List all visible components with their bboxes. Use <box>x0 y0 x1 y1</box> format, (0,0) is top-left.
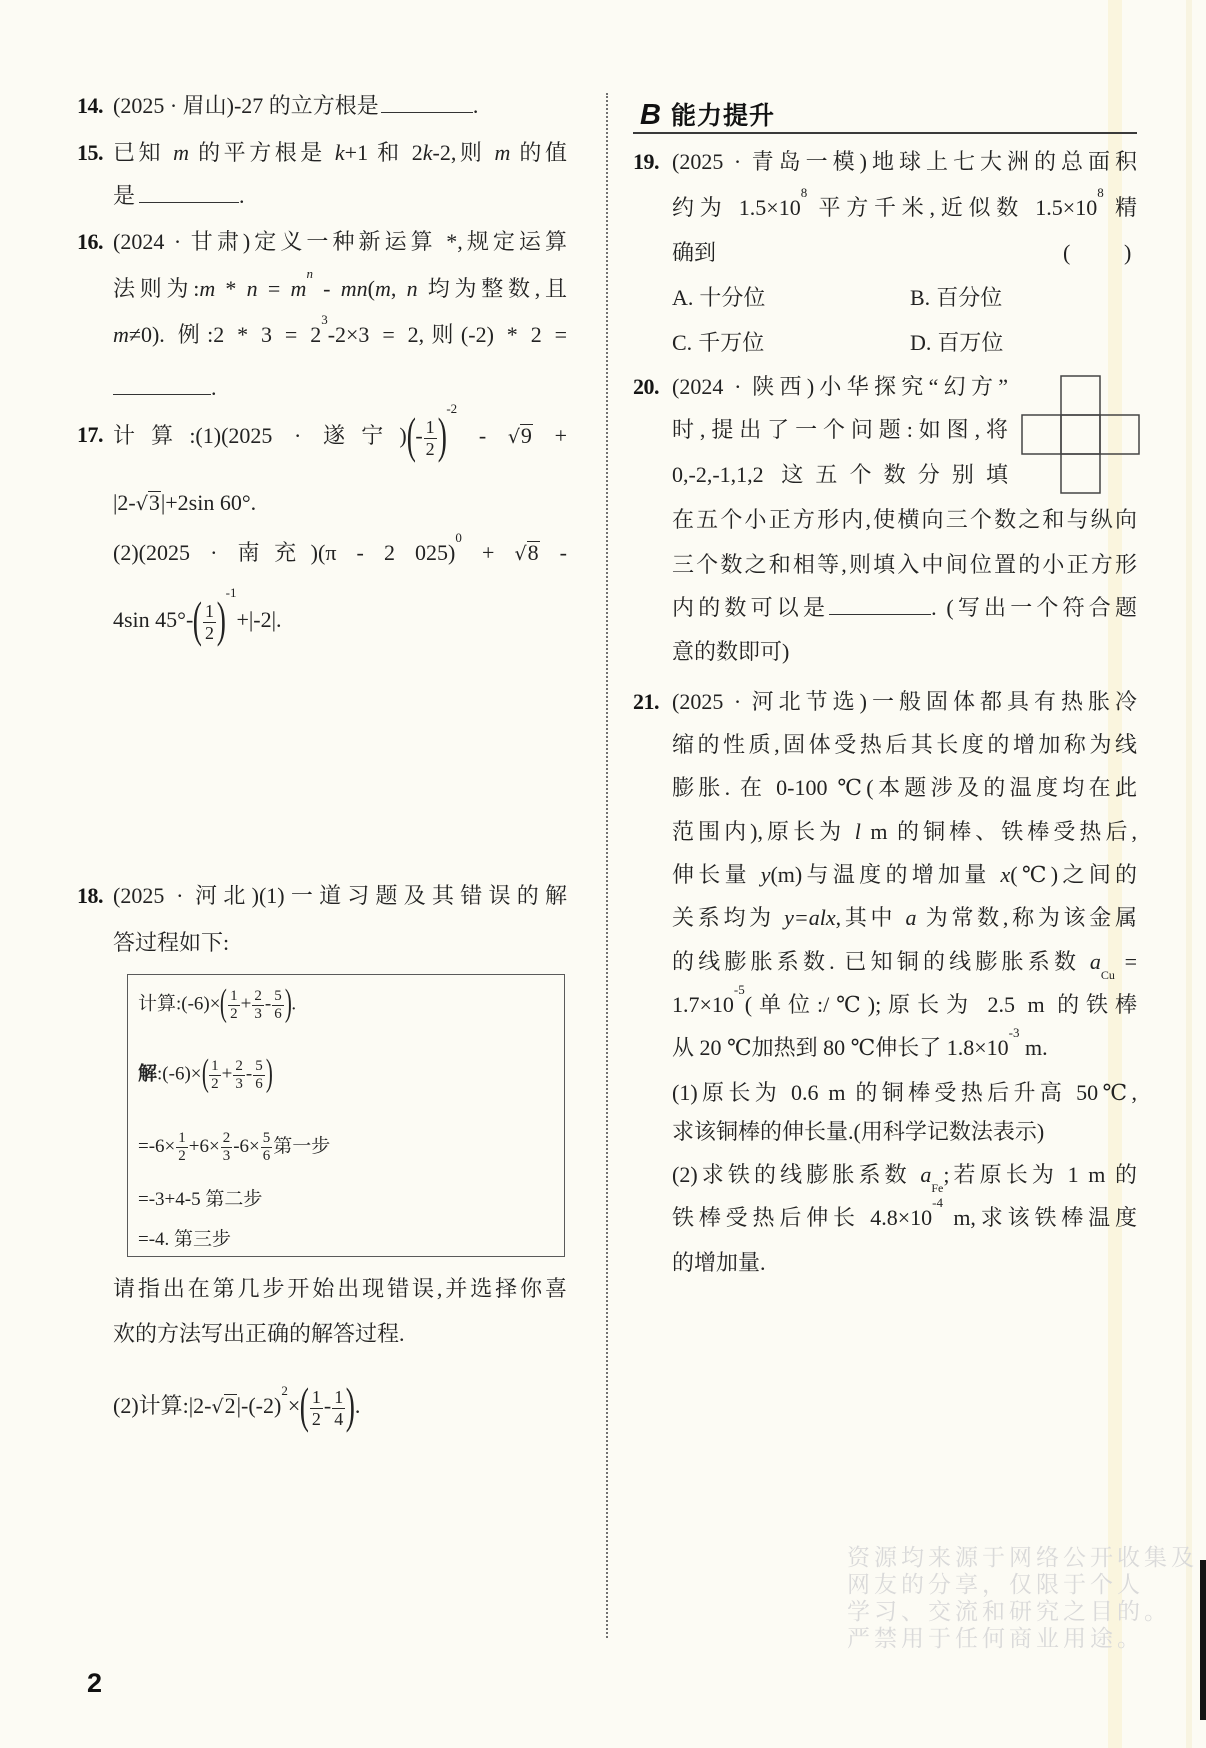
question-line: 范围内),原长为 l m 的铜棒、铁棒受热后, <box>672 817 1137 847</box>
numerator: 2 <box>252 988 264 1005</box>
exponent: 8 <box>1097 185 1104 200</box>
text-run: 已知 <box>113 140 173 165</box>
fraction: 56 <box>272 988 284 1023</box>
question-line: m≠0). 例:2 * 3 = 23-2×3 = 2,则(-2) * 2 = <box>113 320 567 350</box>
variable: m <box>173 140 189 165</box>
formula: y=alx <box>784 905 836 930</box>
text-run: |2- <box>113 490 136 515</box>
variable: n <box>407 276 418 301</box>
fraction: 23 <box>233 1058 245 1093</box>
text-run: =-3+4-5 <box>138 1189 205 1210</box>
step-label: 第一步 <box>273 1136 330 1157</box>
numerator: 1 <box>332 1387 345 1408</box>
variable: m <box>494 140 510 165</box>
question-line: (2025 · 河北)(1)一道习题及其错误的解 <box>113 881 567 911</box>
text-run: × <box>288 1393 300 1418</box>
text-run: 均为整数,且 <box>418 276 567 301</box>
section-letter: B <box>640 99 661 131</box>
question-number: 14. <box>77 91 103 121</box>
denominator: 3 <box>233 1075 245 1093</box>
question-number: 18. <box>77 881 103 911</box>
denominator: 2 <box>310 1408 323 1430</box>
question-line: 三个数之和相等,则填入中间位置的小正方形 <box>672 550 1137 580</box>
exponent: -2 <box>446 401 457 416</box>
step-label: 第二步 <box>205 1189 262 1210</box>
figure-cell-bottom[interactable] <box>1061 454 1100 493</box>
left-paren: ( <box>201 1054 208 1092</box>
text-run: 为常数,称为该金属 <box>917 905 1137 930</box>
text-run: ,其中 <box>836 905 906 930</box>
denominator: 3 <box>221 1147 233 1165</box>
text-run: =-4. <box>138 1229 174 1250</box>
question-line: 从 20 ℃加热到 80 ℃伸长了 1.8×10-3 m. <box>672 1033 1048 1063</box>
exponent: 2 <box>281 1383 288 1398</box>
exponent: 3 <box>321 312 328 327</box>
question-line: 的线膨胀系数. 已知铜的线膨胀系数 aCu = <box>672 947 1137 977</box>
denominator: 2 <box>203 622 216 644</box>
fraction: 23 <box>252 988 264 1023</box>
numerator: 1 <box>176 1130 188 1147</box>
question-line: (2)计算:|2-√2|-(-2)2×(12-14). <box>113 1384 360 1432</box>
question-line: (2024 · 甘肃)定义一种新运算 *,规定运算 <box>113 227 567 257</box>
question-line: (2025 · 河北节选)一般固体都具有热胀冷 <box>672 687 1137 717</box>
question-number: 20. <box>633 372 659 402</box>
variable: n <box>247 276 258 301</box>
fraction: 12 <box>203 601 216 644</box>
square-root: √3 <box>136 490 161 515</box>
question-number: 15. <box>77 138 103 168</box>
text-run: . <box>239 183 245 208</box>
text-run: - <box>457 423 508 448</box>
fraction: 14 <box>332 1387 345 1430</box>
text-run: 铁棒受热后伸长 4.8×10 <box>672 1205 932 1230</box>
text-run: = <box>258 276 291 301</box>
box-row-step-3: =-4. 第三步 <box>138 1227 231 1253</box>
option-text: 百分位 <box>936 285 1002 310</box>
text-run: ≠0). 例:2 * 3 = 2 <box>129 322 321 347</box>
question-line: 意的数即可) <box>672 637 789 667</box>
operator: + <box>222 1063 233 1084</box>
fraction: 12 <box>424 417 437 460</box>
question-line: 请指出在第几步开始出现错误,并选择你喜 <box>113 1274 567 1304</box>
question-line: 计算:(1)(2025 · 遂宁)(-12)-2 - √9 + <box>113 414 567 462</box>
text-run: + <box>462 540 515 565</box>
fraction: 12 <box>228 988 240 1023</box>
operator: - <box>324 1393 331 1418</box>
option-b[interactable]: B.百分位 <box>910 283 1002 313</box>
question-line: 膨胀. 在 0-100 ℃(本题涉及的温度均在此 <box>672 773 1137 803</box>
text-run: m. <box>1019 1035 1047 1060</box>
text-run: (单位:/℃);原长为 2.5 m 的铁棒 <box>745 992 1137 1017</box>
numerator: 5 <box>261 1130 273 1147</box>
radical-sign: √ <box>136 493 148 515</box>
question-line: 是. <box>113 181 245 211</box>
question-line: |2-√3|+2sin 60°. <box>113 488 256 519</box>
numerator: 1 <box>203 601 216 622</box>
numerator: 1 <box>228 988 240 1005</box>
page-number: 2 <box>87 1668 102 1698</box>
answer-blank[interactable] <box>113 381 211 395</box>
denominator: 2 <box>424 438 437 460</box>
variable: mn <box>341 276 368 301</box>
text-run: -2,则 <box>433 140 495 165</box>
magic-cross-figure <box>1020 374 1142 498</box>
scan-edge-bar <box>1200 1560 1206 1720</box>
variable: m <box>291 276 307 301</box>
text-run: 的值 <box>510 140 567 165</box>
box-row-solution: 解:(-6)×(12+23-56) <box>138 1056 272 1094</box>
square-root: √8 <box>514 540 539 565</box>
variable: m <box>199 276 215 301</box>
question-line: 伸长量 y(m)与温度的增加量 x(℃)之间的 <box>672 860 1137 890</box>
answer-bracket-open[interactable]: ( <box>1063 238 1070 268</box>
section-heading: B能力提升 <box>640 100 775 135</box>
fraction: 56 <box>253 1058 265 1093</box>
box-row-step-1: =-6×12+6×23-6×56第一步 <box>138 1130 330 1165</box>
question-line: 答过程如下: <box>113 928 229 958</box>
exponent: 8 <box>801 185 808 200</box>
option-a[interactable]: A.十分位 <box>672 283 765 313</box>
question-number: 21. <box>633 687 659 717</box>
text-run: 是 <box>113 183 135 208</box>
section-title: 能力提升 <box>671 102 775 130</box>
radicand: 9 <box>520 424 533 446</box>
left-paren: ( <box>406 411 415 459</box>
subscript: Cu <box>1101 968 1115 982</box>
radical-sign: √ <box>508 426 520 448</box>
variable: a <box>906 905 917 930</box>
numerator: 2 <box>233 1058 245 1075</box>
radicand: 2 <box>224 1394 237 1416</box>
text-run: . <box>211 375 217 400</box>
denominator: 2 <box>176 1147 188 1165</box>
question-line: 求该铜棒的伸长量.(用科学记数法表示) <box>672 1117 1044 1147</box>
fraction: 23 <box>221 1130 233 1165</box>
text-run: 的平方根是 <box>189 140 335 165</box>
question-line: . <box>113 373 217 403</box>
variable: a <box>920 1162 931 1187</box>
numerator: 2 <box>221 1130 233 1147</box>
right-paren: ) <box>285 984 292 1022</box>
solution-label: 解 <box>138 1063 157 1084</box>
question-line: 4sin 45°-(12)-1+|-2|. <box>113 598 282 646</box>
question-line: 法则为:m * n = mn - mn(m, n 均为整数,且 <box>113 274 567 304</box>
answer-blank[interactable] <box>139 189 239 203</box>
right-paren: ) <box>346 1381 355 1429</box>
text-run: m,求该铁棒温度 <box>943 1205 1137 1230</box>
text-run: 精 <box>1104 195 1137 220</box>
numerator: 5 <box>272 988 284 1005</box>
left-paren: ( <box>300 1381 309 1429</box>
text-run: 1.7×10 <box>672 992 734 1017</box>
text-run: ( <box>368 276 375 301</box>
text-run: 法则为: <box>113 276 199 301</box>
right-paren: ) <box>437 411 446 459</box>
question-line: (1)原长为 0.6 m 的铜棒受热后升高 50℃, <box>672 1078 1137 1108</box>
question-line: 0,-2,-1,1,2 这五个数分别填 <box>672 460 1008 490</box>
text-run: +1 和 2 <box>345 140 423 165</box>
question-line: 已知 m 的平方根是 k+1 和 2k-2,则 m 的值 <box>113 138 567 168</box>
operator: - <box>265 993 271 1014</box>
exponent: -4 <box>932 1195 943 1210</box>
question-line: 在五个小正方形内,使横向三个数之和与纵向 <box>672 505 1137 535</box>
right-paren: ) <box>217 595 226 643</box>
text-run: (2)(2025 · 南充)(π - 2 025) <box>113 540 455 565</box>
text-run: + <box>533 423 567 448</box>
option-key: D. <box>910 330 931 355</box>
figure-cell-top[interactable] <box>1061 376 1100 415</box>
option-text: 十分位 <box>699 285 765 310</box>
watermark-line: 资源均来源于网络公开收集及 <box>847 1544 1198 1571</box>
question-line: (2025 · 青岛一模)地球上七大洲的总面积 <box>672 147 1137 177</box>
text-run: , <box>391 276 407 301</box>
exponent: -5 <box>734 982 745 997</box>
question-line: 欢的方法写出正确的解答过程. <box>113 1319 405 1349</box>
radical-sign: √ <box>212 1396 224 1418</box>
text-run: 伸长量 <box>672 862 761 887</box>
text-run: * <box>215 276 246 301</box>
question-line: (2025 · 眉山)-27 的立方根是. <box>113 91 478 121</box>
option-d[interactable]: D.百万位 <box>910 328 1003 358</box>
watermark-line: 严禁用于任何商业用途。 <box>847 1625 1198 1652</box>
figure-cell-center[interactable] <box>1061 415 1100 454</box>
denominator: 6 <box>272 1005 284 1023</box>
text-run: +6× <box>189 1136 220 1157</box>
answer-blank[interactable] <box>829 601 931 615</box>
subscript: Fe <box>931 1181 943 1195</box>
variable: k <box>423 140 433 165</box>
text-run: . <box>291 993 296 1014</box>
text-run: . (写出一个符合题 <box>931 595 1137 620</box>
question-line: (2)求铁的线膨胀系数 aFe;若原长为 1 m 的 <box>672 1160 1137 1190</box>
option-key: C. <box>672 330 692 355</box>
left-paren: ( <box>220 984 227 1022</box>
text-run: - <box>540 540 567 565</box>
scan-band <box>1186 0 1192 1748</box>
question-line: 缩的性质,固体受热后其长度的增加称为线 <box>672 730 1137 760</box>
text-run: |+2sin 60°. <box>161 490 256 515</box>
exponent: 0 <box>455 530 462 545</box>
step-label: 第三步 <box>174 1229 231 1250</box>
column-divider <box>606 93 608 1638</box>
text-run: (2)计算:|2- <box>113 1393 212 1418</box>
option-key: B. <box>910 285 930 310</box>
question-line: 铁棒受热后伸长 4.8×10-4 m,求该铁棒温度 <box>672 1203 1137 1233</box>
option-text: 百万位 <box>937 330 1003 355</box>
question-line: 关系均为 y=alx,其中 a 为常数,称为该金属 <box>672 903 1137 933</box>
denominator: 3 <box>252 1005 264 1023</box>
variable: k <box>335 140 345 165</box>
numerator: 1 <box>310 1387 323 1408</box>
text-run: 计算:(1)(2025 · 遂宁) <box>113 423 407 448</box>
fraction: 12 <box>176 1130 188 1165</box>
text-run: 平方千米,近似数 1.5×10 <box>807 195 1097 220</box>
fraction: 56 <box>261 1130 273 1165</box>
variable: x <box>1000 862 1010 887</box>
text-run: (℃)之间的 <box>1010 862 1137 887</box>
figure-cell-left[interactable] <box>1022 415 1061 454</box>
box-row-problem: 计算:(-6)×(12+23-56). <box>138 986 296 1024</box>
question-line: 1.7×10-5(单位:/℃);原长为 2.5 m 的铁棒 <box>672 990 1137 1020</box>
text-run: 的线膨胀系数. 已知铜的线膨胀系数 <box>672 949 1090 974</box>
watermark: 资源均来源于网络公开收集及 网友的分享，仅限于个人 学习、交流和研究之目的。 严… <box>847 1544 1198 1652</box>
answer-blank[interactable] <box>381 99 473 113</box>
question-line: 确到 <box>672 238 716 268</box>
denominator: 6 <box>253 1075 265 1093</box>
left-paren: ( <box>193 595 202 643</box>
denominator: 2 <box>209 1075 221 1093</box>
text-run: . <box>355 1393 361 1418</box>
radicand: 8 <box>527 541 540 563</box>
exponent: -3 <box>1009 1025 1020 1040</box>
exponent: n <box>306 266 313 281</box>
radical-sign: √ <box>514 543 526 565</box>
text-run: 内的数可以是 <box>672 595 829 620</box>
denominator: 4 <box>332 1408 345 1430</box>
text-run: -6× <box>233 1136 260 1157</box>
question-number: 17. <box>77 420 103 450</box>
watermark-line: 学习、交流和研究之目的。 <box>847 1598 1198 1625</box>
square-root: √9 <box>508 423 533 448</box>
variable: m <box>113 322 129 347</box>
text-run: (2)求铁的线膨胀系数 <box>672 1162 920 1187</box>
text-run: 4sin 45°- <box>113 607 193 632</box>
option-key: A. <box>672 285 693 310</box>
question-line: 约为 1.5×108 平方千米,近似数 1.5×108 精 <box>672 193 1137 223</box>
question-number: 19. <box>633 147 659 177</box>
text-run: -2×3 = 2,则(-2) * 2 = <box>328 322 567 347</box>
question-line: 时,提出了一个问题:如图,将 <box>672 415 1008 445</box>
text-run: (m)与温度的增加量 <box>770 862 1000 887</box>
text-run: =-6× <box>138 1136 175 1157</box>
denominator: 2 <box>228 1005 240 1023</box>
text-run: 范围内),原长为 <box>672 819 855 844</box>
section-underline <box>633 132 1137 134</box>
square-root: √2 <box>212 1393 237 1418</box>
fraction: 12 <box>310 1387 323 1430</box>
box-row-step-2: =-3+4-5 第二步 <box>138 1187 262 1213</box>
answer-bracket-close[interactable]: ) <box>1124 238 1131 268</box>
exponent: -1 <box>226 585 237 600</box>
question-line: 的增加量. <box>672 1248 766 1278</box>
text-run: - <box>415 423 422 448</box>
text-run: ;若原长为 1 m 的 <box>943 1162 1137 1187</box>
text-run: 计算:(-6)× <box>138 993 220 1014</box>
question-number: 16. <box>77 227 103 257</box>
question-line: 内的数可以是. (写出一个符合题 <box>672 593 1137 623</box>
operator: + <box>241 993 252 1014</box>
worksheet-page: 14. (2025 · 眉山)-27 的立方根是. 15. 已知 m 的平方根是… <box>0 0 1206 1748</box>
question-line: (2024 · 陕西)小华探究“幻方” <box>672 372 1008 402</box>
text-run: . <box>473 93 479 118</box>
variable: a <box>1090 949 1101 974</box>
text-run: :(-6)× <box>157 1063 201 1084</box>
numerator: 1 <box>424 417 437 438</box>
text-run: 从 20 ℃加热到 80 ℃伸长了 1.8×10 <box>672 1035 1009 1060</box>
text-run: 关系均为 <box>672 905 784 930</box>
operator: - <box>246 1063 252 1084</box>
watermark-line: 网友的分享，仅限于个人 <box>847 1571 1198 1598</box>
text-run: - <box>313 276 341 301</box>
right-paren: ) <box>266 1054 273 1092</box>
option-c[interactable]: C.千万位 <box>672 328 764 358</box>
question-line: (2)(2025 · 南充)(π - 2 025)0 + √8 - <box>113 538 567 569</box>
text-run: 约为 1.5×10 <box>672 195 801 220</box>
numerator: 5 <box>253 1058 265 1075</box>
figure-cell-right[interactable] <box>1100 415 1139 454</box>
text-run: = <box>1115 949 1137 974</box>
radicand: 3 <box>148 491 161 513</box>
text-run: m 的铜棒、铁棒受热后, <box>861 819 1137 844</box>
text-run: |-(-2) <box>237 1393 282 1418</box>
fraction: 12 <box>209 1058 221 1093</box>
denominator: 6 <box>261 1147 273 1165</box>
variable: m <box>375 276 391 301</box>
option-text: 千万位 <box>698 330 764 355</box>
numerator: 1 <box>209 1058 221 1075</box>
text-run: (2025 · 眉山)-27 的立方根是 <box>113 93 379 118</box>
text-run: +|-2|. <box>236 607 281 632</box>
